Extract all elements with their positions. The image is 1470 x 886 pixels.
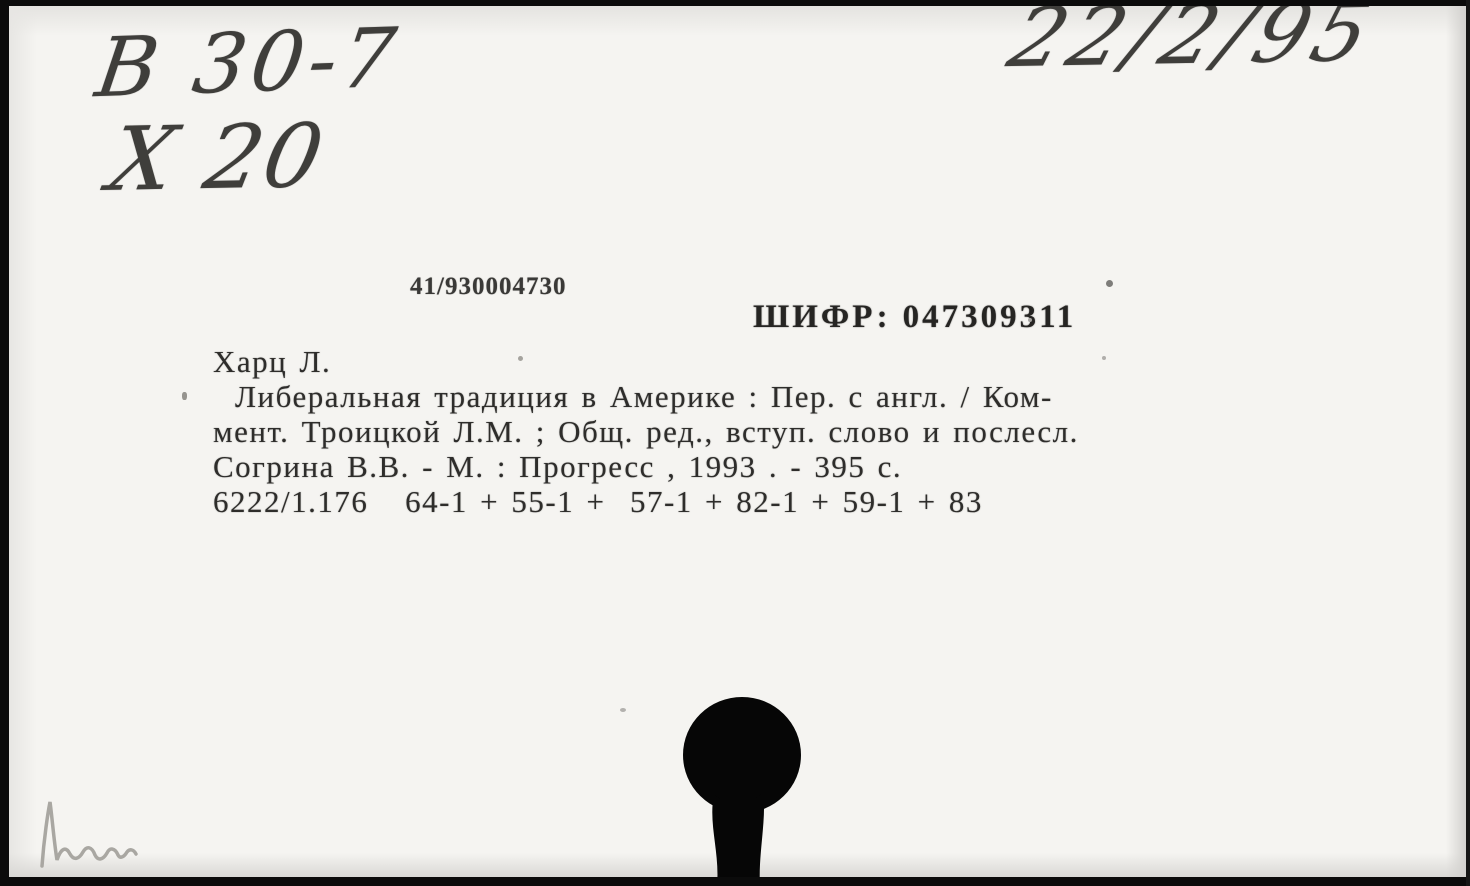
- entry-line-inventory: 6222/1.176 64-1 + 55-1 + 57-1 + 82-1 + 5…: [213, 484, 1079, 519]
- author-heading: Харц Л.: [213, 344, 1079, 379]
- scan-speck: [1106, 280, 1113, 287]
- pencil-scribble-mark: [28, 790, 158, 875]
- scan-edge-right: [1466, 0, 1470, 886]
- scan-edge-left: [0, 0, 9, 886]
- scan-speck: [518, 356, 523, 361]
- scan-speck: [1102, 356, 1106, 360]
- scan-speck: [182, 392, 187, 400]
- handwritten-date-mark: 22/2/95: [998, 0, 1387, 86]
- scan-speck: [620, 708, 626, 712]
- ink-blot: [660, 656, 830, 886]
- entry-line-imprint: Согрина В.В. - М. : Прогресс , 1993 . - …: [213, 449, 1079, 484]
- entry-line-title: Либеральная традиция в Америке : Пер. с …: [213, 379, 1079, 414]
- cipher-label: ШИФР:: [753, 299, 891, 335]
- library-catalog-card-scan: В 30-7 Х 20 22/2/95 41/930004730 ШИФР:04…: [0, 0, 1470, 886]
- handwritten-shelf-mark-line1: В 30-7: [90, 11, 406, 116]
- entry-line-editors: мент. Троицкой Л.М. ; Общ. ред., вступ. …: [213, 414, 1079, 449]
- scan-edge-bottom: [0, 877, 1470, 886]
- scan-shading-left: [9, 6, 37, 877]
- scan-speck: [1028, 318, 1032, 322]
- scan-edge-top: [0, 0, 1470, 6]
- catalog-entry: Харц Л. Либеральная традиция в Америке :…: [213, 344, 1079, 519]
- handwritten-shelf-mark-line2: Х 20: [102, 104, 333, 211]
- record-number: 41/930004730: [410, 274, 566, 299]
- cipher-value: 047309311: [903, 299, 1077, 335]
- scan-shading-right: [1446, 6, 1466, 877]
